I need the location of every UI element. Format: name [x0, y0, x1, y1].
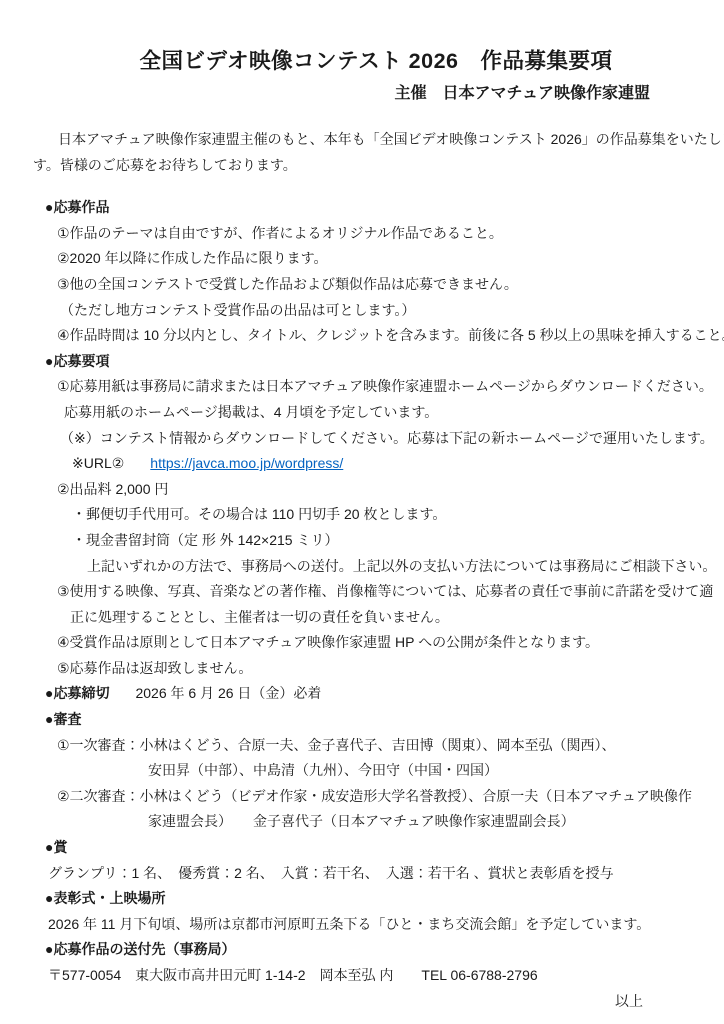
judging-item-1b: 安田昇（中部）、中島清（九州）、今田守（中国・四国）: [148, 758, 690, 784]
guidelines-item-5: ⑤応募作品は返却致しません。: [57, 656, 690, 682]
guidelines-item-2b: ・現金書留封筒（定 形 外 142×215 ミリ）: [72, 528, 690, 554]
intro-paragraph: 日本アマチュア映像作家連盟主催のもと、本年も「全国ビデオ映像コンテスト 2026…: [33, 127, 690, 178]
prizes-detail: グランプリ：1 名、 優秀賞：2 名、 入賞：若干名、 入選：若干名 、賞状と表…: [48, 861, 690, 887]
section-heading-guidelines: ●応募要項: [45, 349, 690, 375]
guidelines-item-4: ④受賞作品は原則として日本アマチュア映像作家連盟 HP への公開が条件となります…: [57, 630, 690, 656]
guidelines-item-3b: 正に処理することとし、主催者は一切の責任を負いません。: [70, 605, 690, 631]
works-item-3: ③他の全国コンテストで受賞した作品および類似作品は応募できません。: [57, 272, 690, 298]
guidelines-item-1: ①応募用紙は事務局に請求または日本アマチュア映像作家連盟ホームページからダウンロ…: [57, 374, 690, 400]
document-title: 全国ビデオ映像コンテスト 2026 作品募集要項: [0, 46, 724, 76]
section-heading-shipping: ●応募作品の送付先（事務局）: [45, 937, 690, 963]
ceremony-detail: 2026 年 11 月下旬頃、場所は京都市河原町五条下る「ひと・まち交流会館」を…: [48, 912, 690, 938]
document-body: 日本アマチュア映像作家連盟主催のもと、本年も「全国ビデオ映像コンテスト 2026…: [0, 127, 724, 1014]
guidelines-item-1c: （※）コンテスト情報からダウンロードしてください。応募は下記の新ホームページで運…: [60, 426, 690, 452]
closing-line: 以上: [33, 989, 690, 1015]
deadline-line: ●応募締切2026 年 6 月 26 日（金）必着: [45, 681, 690, 707]
judging-item-2: ②二次審査：小林はくどう（ビデオ作家・成安造形大学名誉教授）、合原一夫（日本アマ…: [57, 784, 690, 810]
judging-item-2b: 家連盟会長） 金子喜代子（日本アマチュア映像作家連盟副会長）: [148, 809, 690, 835]
judging-item-1: ①一次審査：小林はくどう、合原一夫、金子喜代子、吉田博（関東）、岡本至弘（関西）…: [57, 733, 690, 759]
organizer-line: 主催 日本アマチュア映像作家連盟: [0, 82, 724, 106]
document-page: 全国ビデオ映像コンテスト 2026 作品募集要項 主催 日本アマチュア映像作家連…: [0, 0, 724, 1024]
works-item-2: ②2020 年以降に作成した作品に限ります。: [57, 246, 690, 272]
section-heading-ceremony: ●表彰式・上映場所: [45, 886, 690, 912]
section-heading-deadline: ●応募締切: [45, 685, 109, 701]
intro-line-2: す。皆様のご応募をお待ちしております。: [33, 153, 690, 179]
deadline-value: 2026 年 6 月 26 日（金）必着: [135, 685, 321, 701]
guidelines-item-1b: 応募用紙のホームページ掲載は、4 月頃を予定しています。: [64, 400, 690, 426]
section-heading-works: ●応募作品: [45, 195, 690, 221]
wordpress-link[interactable]: https://javca.moo.jp/wordpress/: [150, 455, 343, 471]
works-item-3-note: （ただし地方コンテスト受賞作品の出品は可とします。）: [60, 298, 690, 324]
guidelines-item-2a: ・郵便切手代用可。その場合は 110 円切手 20 枚とします。: [72, 502, 690, 528]
url-label: ※URL②: [72, 455, 124, 471]
guidelines-item-2c: 上記いずれかの方法で、事務局への送付。上記以外の支払い方法については事務局にご相…: [87, 554, 690, 580]
intro-line-1: 日本アマチュア映像作家連盟主催のもと、本年も「全国ビデオ映像コンテスト 2026…: [58, 127, 690, 153]
section-heading-judging: ●審査: [45, 707, 690, 733]
guidelines-item-2: ②出品料 2,000 円: [57, 477, 690, 503]
shipping-detail: 〒577-0054 東大阪市高井田元町 1-14-2 岡本至弘 内 TEL 06…: [48, 963, 690, 989]
section-heading-prizes: ●賞: [45, 835, 690, 861]
works-item-1: ①作品のテーマは自由ですが、作者によるオリジナル作品であること。: [57, 221, 690, 247]
works-item-4: ④作品時間は 10 分以内とし、タイトル、クレジットを含みます。前後に各 5 秒…: [57, 323, 690, 349]
guidelines-url-line: ※URL②https://javca.moo.jp/wordpress/: [72, 451, 690, 477]
guidelines-item-3: ③使用する映像、写真、音楽などの著作権、肖像権等については、応募者の責任で事前に…: [57, 579, 690, 605]
